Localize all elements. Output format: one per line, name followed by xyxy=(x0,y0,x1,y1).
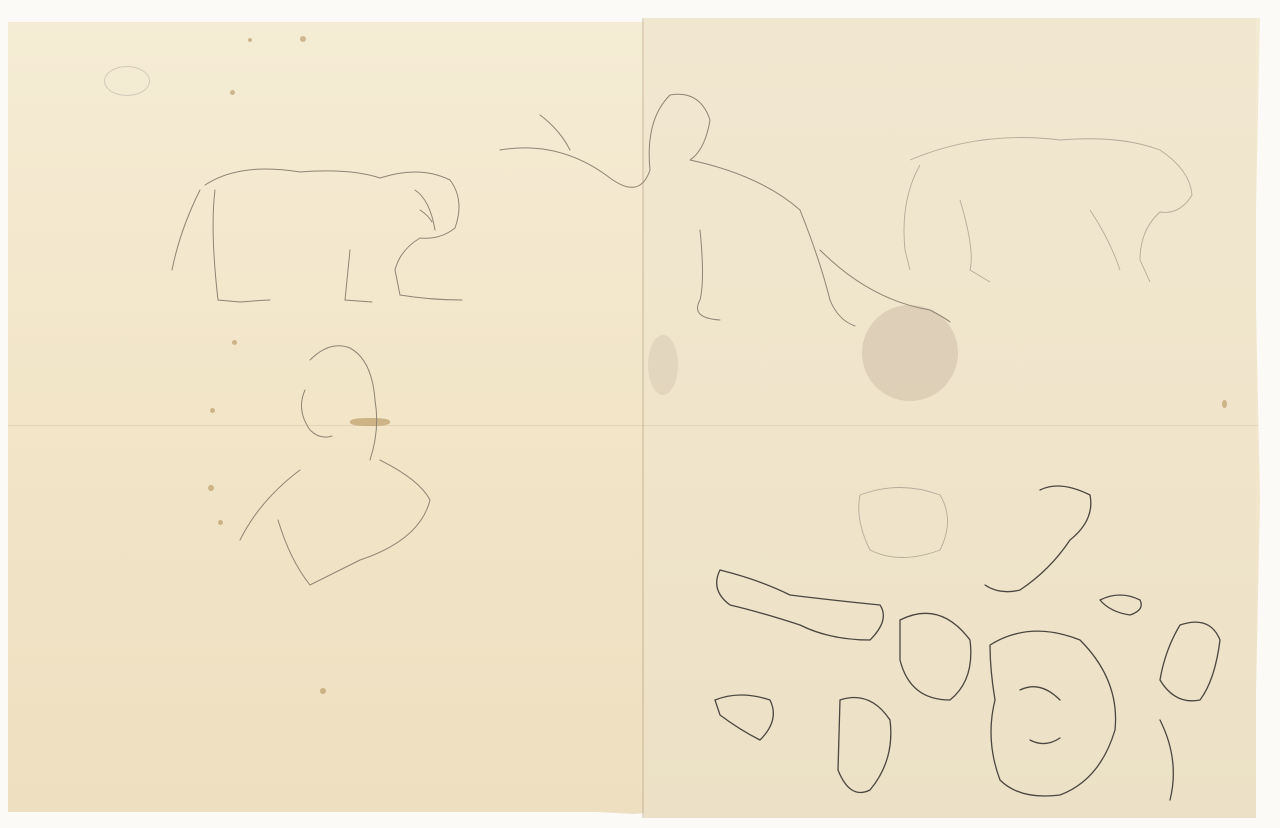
lion-sketch-raised-paw xyxy=(500,94,950,326)
lioness-sketch xyxy=(904,138,1192,283)
pencil-drawings xyxy=(0,0,1280,828)
lion-head-studies xyxy=(715,486,1220,800)
figure-sketch xyxy=(240,346,430,585)
lion-sketch-left xyxy=(172,169,462,302)
paw-outline-sketch xyxy=(859,488,948,558)
